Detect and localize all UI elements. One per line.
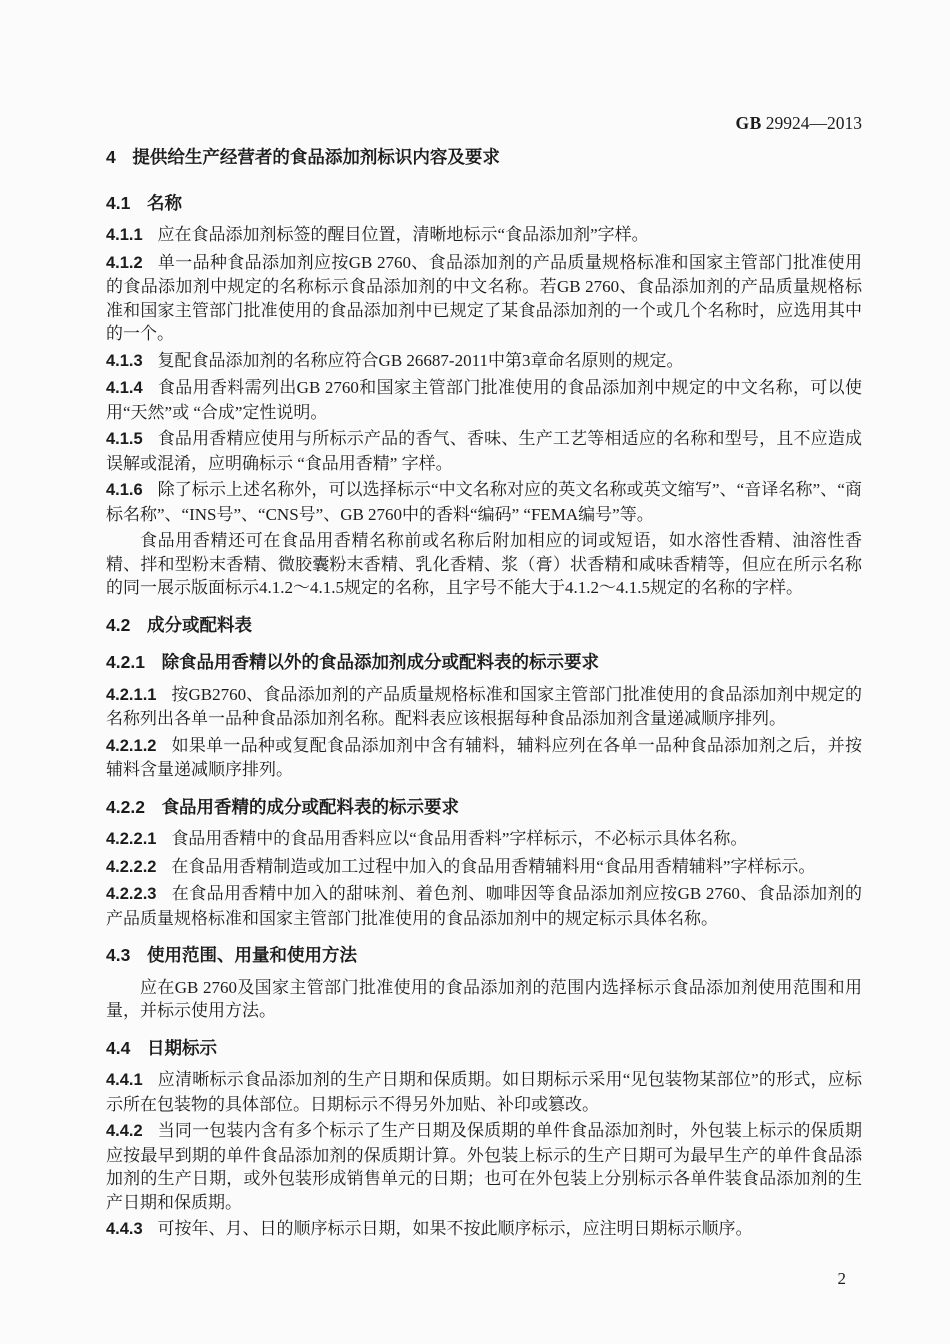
clause-number: 4.4.1: [106, 1071, 143, 1089]
clause-number: 4.4.3: [106, 1220, 143, 1238]
clause-4-4-1: 4.4.1应清晰标示食品添加剂的生产日期和保质期。如日期标示采用“见包装物某部位…: [106, 1068, 862, 1116]
clause-number: 4.2.2.3: [106, 885, 156, 903]
clause-text: 应清晰标示食品添加剂的生产日期和保质期。如日期标示采用“见包装物某部位”的形式，…: [106, 1070, 862, 1114]
clause-number: 4.1.1: [106, 226, 143, 244]
clause-number: 4.1.2: [106, 254, 143, 272]
heading-text: 提供给生产经营者的食品添加剂标识内容及要求: [132, 147, 500, 167]
heading-4-2-1: 4.2.1除食品用香精以外的食品添加剂成分或配料表的标示要求: [106, 651, 862, 675]
clause-4-4-2: 4.4.2当同一包装内含有多个标示了生产日期及保质期的单件食品添加剂时，外包装上…: [106, 1119, 862, 1214]
clause-number: 4.2.2.1: [106, 830, 156, 848]
clause-number: 4.4.2: [106, 1122, 143, 1140]
standard-prefix: GB: [735, 113, 761, 133]
paragraph-text: 食品用香精还可在食品用香精名称前或名称后附加相应的词或短语，如水溶性香精、油溶性…: [106, 531, 862, 597]
clause-text: 当同一包装内含有多个标示了生产日期及保质期的单件食品添加剂时，外包装上标示的保质…: [106, 1121, 862, 1212]
clause-4-2-1-1: 4.2.1.1按GB2760、食品添加剂的产品质量规格标准和国家主管部门批准使用…: [106, 683, 862, 731]
clause-4-1-1: 4.1.1应在食品添加剂标签的醒目位置，清晰地标示“食品添加剂”字样。: [106, 223, 862, 248]
heading-text: 食品用香精的成分或配料表的标示要求: [162, 797, 460, 817]
heading-number: 4.3: [106, 945, 130, 965]
page-number: 2: [106, 1268, 862, 1290]
clause-4-4-3: 4.4.3可按年、月、日的顺序标示日期，如果不按此顺序标示，应注明日期标示顺序。: [106, 1217, 862, 1242]
clause-4-1-4: 4.1.4食品用香料需列出GB 2760和国家主管部门批准使用的食品添加剂中规定…: [106, 376, 862, 424]
document-page: GB29924—2013 4提供给生产经营者的食品添加剂标识内容及要求 4.1名…: [0, 0, 950, 1344]
clause-text: 单一品种食品添加剂应按GB 2760、食品添加剂的产品质量规格标准和国家主管部门…: [106, 253, 862, 344]
clause-text: 除了标示上述名称外，可以选择标示“中文名称对应的英文名称或英文缩写”、“音译名称…: [106, 480, 862, 524]
heading-4-2-2: 4.2.2食品用香精的成分或配料表的标示要求: [106, 796, 862, 820]
clause-number: 4.2.2.2: [106, 858, 156, 876]
clause-4-1-2: 4.1.2单一品种食品添加剂应按GB 2760、食品添加剂的产品质量规格标准和国…: [106, 251, 862, 346]
clause-4-1-5: 4.1.5食品用香精应使用与所标示产品的香气、香味、生产工艺等相适应的名称和型号…: [106, 427, 862, 475]
clause-text: 可按年、月、日的顺序标示日期，如果不按此顺序标示，应注明日期标示顺序。: [158, 1219, 753, 1238]
header-standard-code: GB29924—2013: [106, 112, 862, 134]
heading-text: 日期标示: [147, 1038, 217, 1058]
clause-text: 在食品用香精中加入的甜味剂、着色剂、咖啡因等食品添加剂应按GB 2760、食品添…: [106, 884, 862, 928]
clause-text: 复配食品添加剂的名称应符合GB 26687-2011中第3章命名原则的规定。: [158, 351, 684, 370]
heading-text: 除食品用香精以外的食品添加剂成分或配料表的标示要求: [162, 652, 600, 672]
heading-section-4: 4提供给生产经营者的食品添加剂标识内容及要求: [106, 146, 862, 170]
clause-text: 应在食品添加剂标签的醒目位置，清晰地标示“食品添加剂”字样。: [158, 225, 649, 244]
heading-text: 成分或配料表: [147, 615, 252, 635]
clause-number: 4.2.1.1: [106, 686, 156, 704]
clause-number: 4.1.5: [106, 430, 143, 448]
paragraph-text: 应在GB 2760及国家主管部门批准使用的食品添加剂的范围内选择标示食品添加剂使…: [106, 978, 862, 1021]
clause-4-2-2-3: 4.2.2.3在食品用香精中加入的甜味剂、着色剂、咖啡因等食品添加剂应按GB 2…: [106, 882, 862, 930]
clause-number: 4.1.3: [106, 352, 143, 370]
heading-4-3: 4.3使用范围、用量和使用方法: [106, 944, 862, 968]
heading-4-4: 4.4日期标示: [106, 1037, 862, 1061]
clause-4-2-2-2: 4.2.2.2在食品用香精制造或加工过程中加入的食品用香精辅料用“食品用香精辅料…: [106, 855, 862, 880]
heading-number: 4.2.1: [106, 652, 145, 672]
clause-text: 食品用香精中的食品用香料应以“食品用香料”字样标示，不必标示具体名称。: [171, 829, 747, 848]
clause-text: 按GB2760、食品添加剂的产品质量规格标准和国家主管部门批准使用的食品添加剂中…: [106, 685, 862, 729]
heading-text: 使用范围、用量和使用方法: [147, 945, 357, 965]
clause-4-1-3: 4.1.3复配食品添加剂的名称应符合GB 26687-2011中第3章命名原则的…: [106, 349, 862, 374]
clause-number: 4.1.6: [106, 481, 143, 499]
paragraph-flavor-note: 食品用香精还可在食品用香精名称前或名称后附加相应的词或短语，如水溶性香精、油溶性…: [106, 529, 862, 600]
clause-4-2-2-1: 4.2.2.1食品用香精中的食品用香料应以“食品用香料”字样标示，不必标示具体名…: [106, 827, 862, 852]
heading-4-2: 4.2成分或配料表: [106, 614, 862, 638]
heading-4-1: 4.1名称: [106, 192, 862, 216]
heading-number: 4.4: [106, 1038, 130, 1058]
clause-text: 在食品用香精制造或加工过程中加入的食品用香精辅料用“食品用香精辅料”字样标示。: [171, 857, 815, 876]
clause-number: 4.2.1.2: [106, 737, 156, 755]
heading-text: 名称: [147, 193, 182, 213]
clause-text: 如果单一品种或复配食品添加剂中含有辅料，辅料应列在各单一品种食品添加剂之后，并按…: [106, 736, 862, 780]
paragraph-usage: 应在GB 2760及国家主管部门批准使用的食品添加剂的范围内选择标示食品添加剂使…: [106, 976, 862, 1023]
clause-text: 食品用香料需列出GB 2760和国家主管部门批准使用的食品添加剂中规定的中文名称…: [106, 378, 862, 422]
clause-text: 食品用香精应使用与所标示产品的香气、香味、生产工艺等相适应的名称和型号，且不应造…: [106, 429, 862, 473]
clause-4-2-1-2: 4.2.1.2如果单一品种或复配食品添加剂中含有辅料，辅料应列在各单一品种食品添…: [106, 734, 862, 782]
heading-number: 4: [106, 147, 116, 167]
standard-number: 29924—2013: [766, 113, 862, 133]
clause-number: 4.1.4: [106, 379, 143, 397]
heading-number: 4.1: [106, 193, 130, 213]
heading-number: 4.2.2: [106, 797, 145, 817]
heading-number: 4.2: [106, 615, 130, 635]
clause-4-1-6: 4.1.6除了标示上述名称外，可以选择标示“中文名称对应的英文名称或英文缩写”、…: [106, 478, 862, 526]
